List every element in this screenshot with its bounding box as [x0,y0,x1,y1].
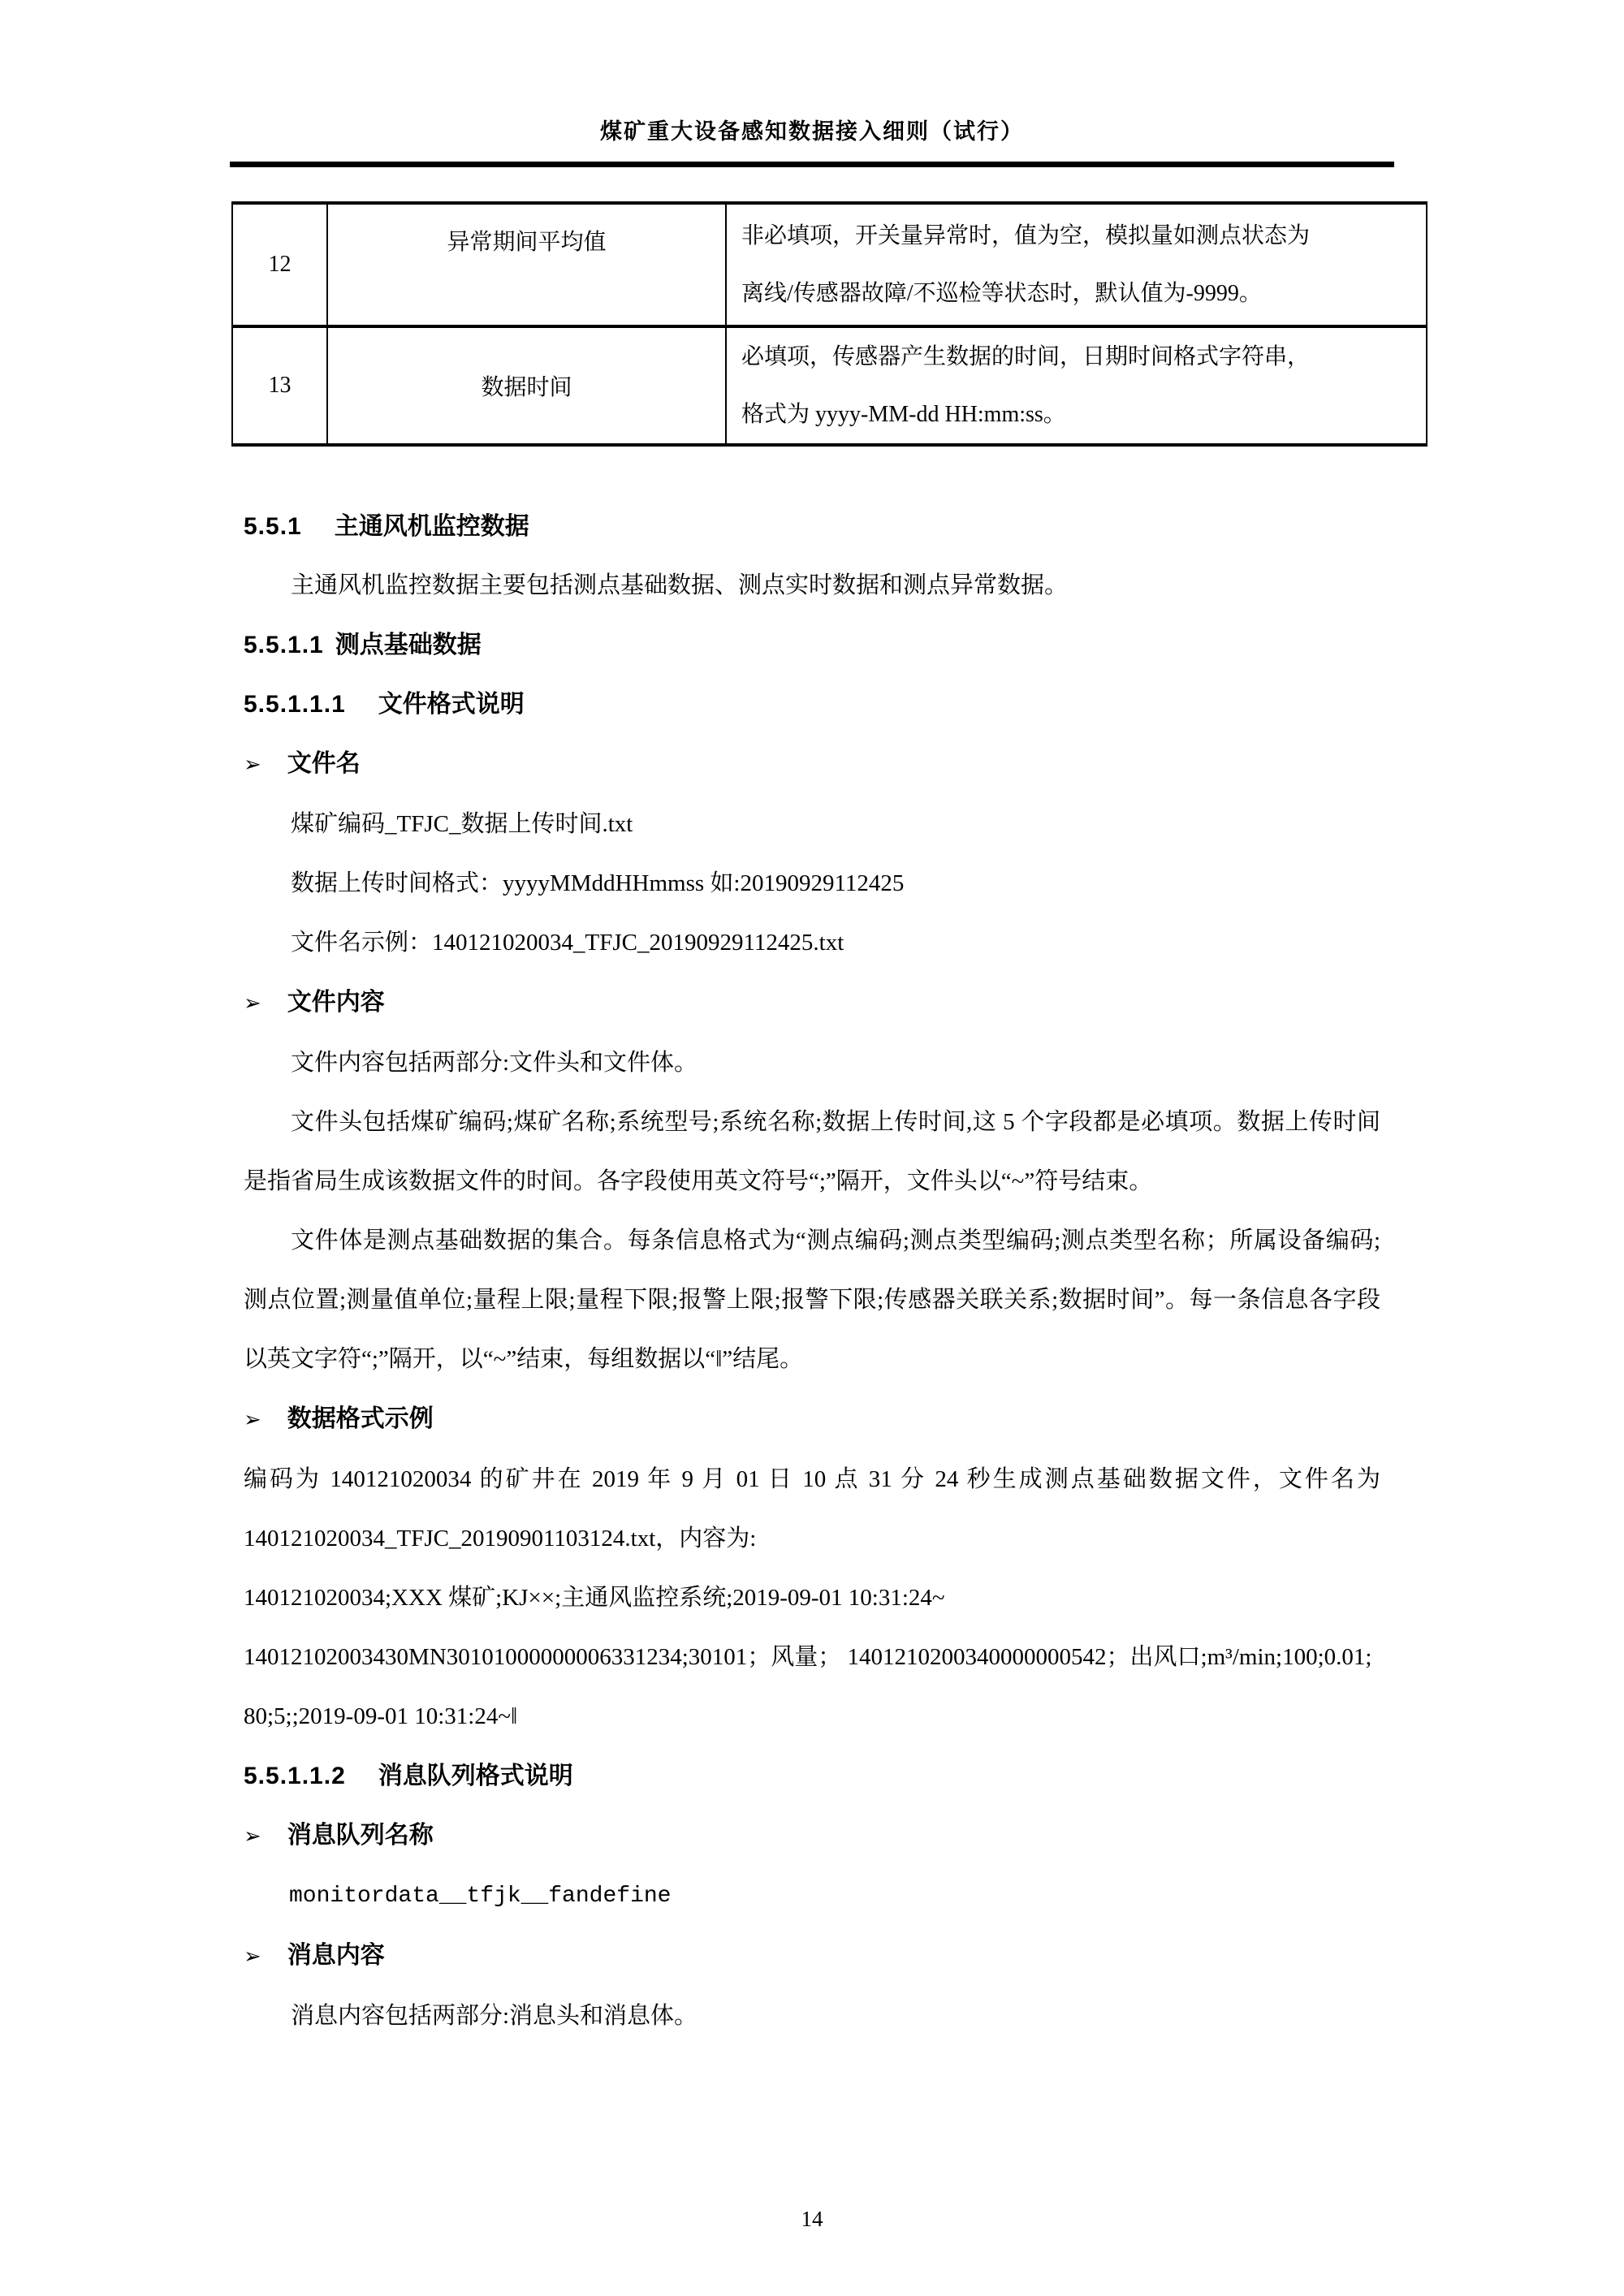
section-heading-55112: 5.5.1.1.2消息队列格式说明 [244,1746,1380,1806]
document-body: 5.5.1主通风机监控数据 主通风机监控数据主要包括测点基础数据、测点实时数据和… [244,497,1380,2046]
desc-line: 格式为 yyyy-MM-dd HH:mm:ss。 [741,386,1411,443]
example-data-line: 140121020034;XXX 煤矿;KJ××;主通风监控系统;2019-09… [244,1569,1380,1628]
bullet-item-messagecontent: ➢ 消息内容 [244,1926,1380,1987]
section-heading-55111: 5.5.1.1.1文件格式说明 [244,675,1380,734]
section-title: 文件格式说明 [378,691,525,718]
desc-line: 离线/传感器故障/不巡检等状态时，默认值为-9999。 [741,265,1411,322]
row-number-cell: 13 [232,326,327,445]
bullet-label: 文件内容 [287,973,385,1032]
section-heading-5511: 5.5.1.1测点基础数据 [244,615,1380,675]
desc-line: 非必填项，开关量异常时，值为空，模拟量如测点状态为 [741,207,1411,265]
desc-line: 必填项，传感器产生数据的时间，日期时间格式字符串， [741,328,1411,386]
table-row: 12 异常期间平均值 非必填项，开关量异常时，值为空，模拟量如测点状态为 离线/… [232,203,1427,326]
section-title: 测点基础数据 [335,632,482,658]
bullet-item-dataexample: ➢ 数据格式示例 [244,1389,1380,1450]
bullet-item-filecontent: ➢ 文件内容 [244,973,1380,1034]
body-paragraph: 文件头包括煤矿编码;煤矿名称;系统型号;系统名称;数据上传时间,这 5 个字段都… [244,1093,1380,1211]
bullet-item-queuename: ➢ 消息队列名称 [244,1806,1380,1867]
bullet-item-filename: ➢ 文件名 [244,734,1380,795]
body-paragraph: 文件内容包括两部分:文件头和文件体。 [244,1034,1380,1093]
page-header-title: 煤矿重大设备感知数据接入细则（试行） [230,114,1394,167]
message-queue-name: monitordata__tfjk__fandefine [244,1867,1380,1926]
field-desc-cell: 必填项，传感器产生数据的时间，日期时间格式字符串， 格式为 yyyy-MM-dd… [726,326,1427,445]
section-number: 5.5.1.1 [244,632,324,658]
body-paragraph: 主通风机监控数据主要包括测点基础数据、测点实时数据和测点异常数据。 [244,556,1380,615]
document-page: 煤矿重大设备感知数据接入细则（试行） 12 异常期间平均值 非必填项，开关量异常… [0,0,1624,2296]
example-data-line: 14012102003430MN30101000000006331234;301… [244,1628,1380,1746]
section-heading-551: 5.5.1主通风机监控数据 [244,497,1380,556]
bullet-label: 数据格式示例 [287,1389,434,1448]
filename-pattern: 煤矿编码_TFJC_数据上传时间.txt [244,795,1380,854]
field-desc-cell: 非必填项，开关量异常时，值为空，模拟量如测点状态为 离线/传感器故障/不巡检等状… [726,203,1427,326]
section-number: 5.5.1.1.2 [244,1763,346,1789]
filename-example: 文件名示例：140121020034_TFJC_20190929112425.t… [244,913,1380,973]
arrow-bullet-icon: ➢ [244,736,261,795]
body-paragraph: 消息内容包括两部分:消息头和消息体。 [244,1987,1380,2046]
arrow-bullet-icon: ➢ [244,974,261,1034]
body-paragraph: 文件体是测点基础数据的集合。每条信息格式为“测点编码;测点类型编码;测点类型名称… [244,1211,1380,1389]
section-title: 主通风机监控数据 [335,513,529,540]
arrow-bullet-icon: ➢ [244,1391,261,1450]
field-name-cell: 数据时间 [327,326,726,445]
bullet-label: 消息内容 [287,1926,385,1985]
section-number: 5.5.1 [244,513,302,540]
arrow-bullet-icon: ➢ [244,1927,261,1987]
arrow-bullet-icon: ➢ [244,1807,261,1867]
bullet-label: 消息队列名称 [287,1806,434,1865]
field-name-cell: 异常期间平均值 [327,203,726,326]
section-title: 消息队列格式说明 [378,1763,573,1789]
row-number-cell: 12 [232,203,327,326]
table-row: 13 数据时间 必填项，传感器产生数据的时间，日期时间格式字符串， 格式为 yy… [232,326,1427,445]
upload-time-format: 数据上传时间格式：yyyyMMddHHmmss 如:20190929112425 [244,854,1380,913]
section-number: 5.5.1.1.1 [244,691,346,718]
page-number: 14 [0,2207,1624,2232]
spec-table: 12 异常期间平均值 非必填项，开关量异常时，值为空，模拟量如测点状态为 离线/… [231,201,1427,447]
body-paragraph: 编码为 140121020034 的矿井在 2019 年 9 月 01 日 10… [244,1450,1380,1569]
bullet-label: 文件名 [287,734,361,793]
